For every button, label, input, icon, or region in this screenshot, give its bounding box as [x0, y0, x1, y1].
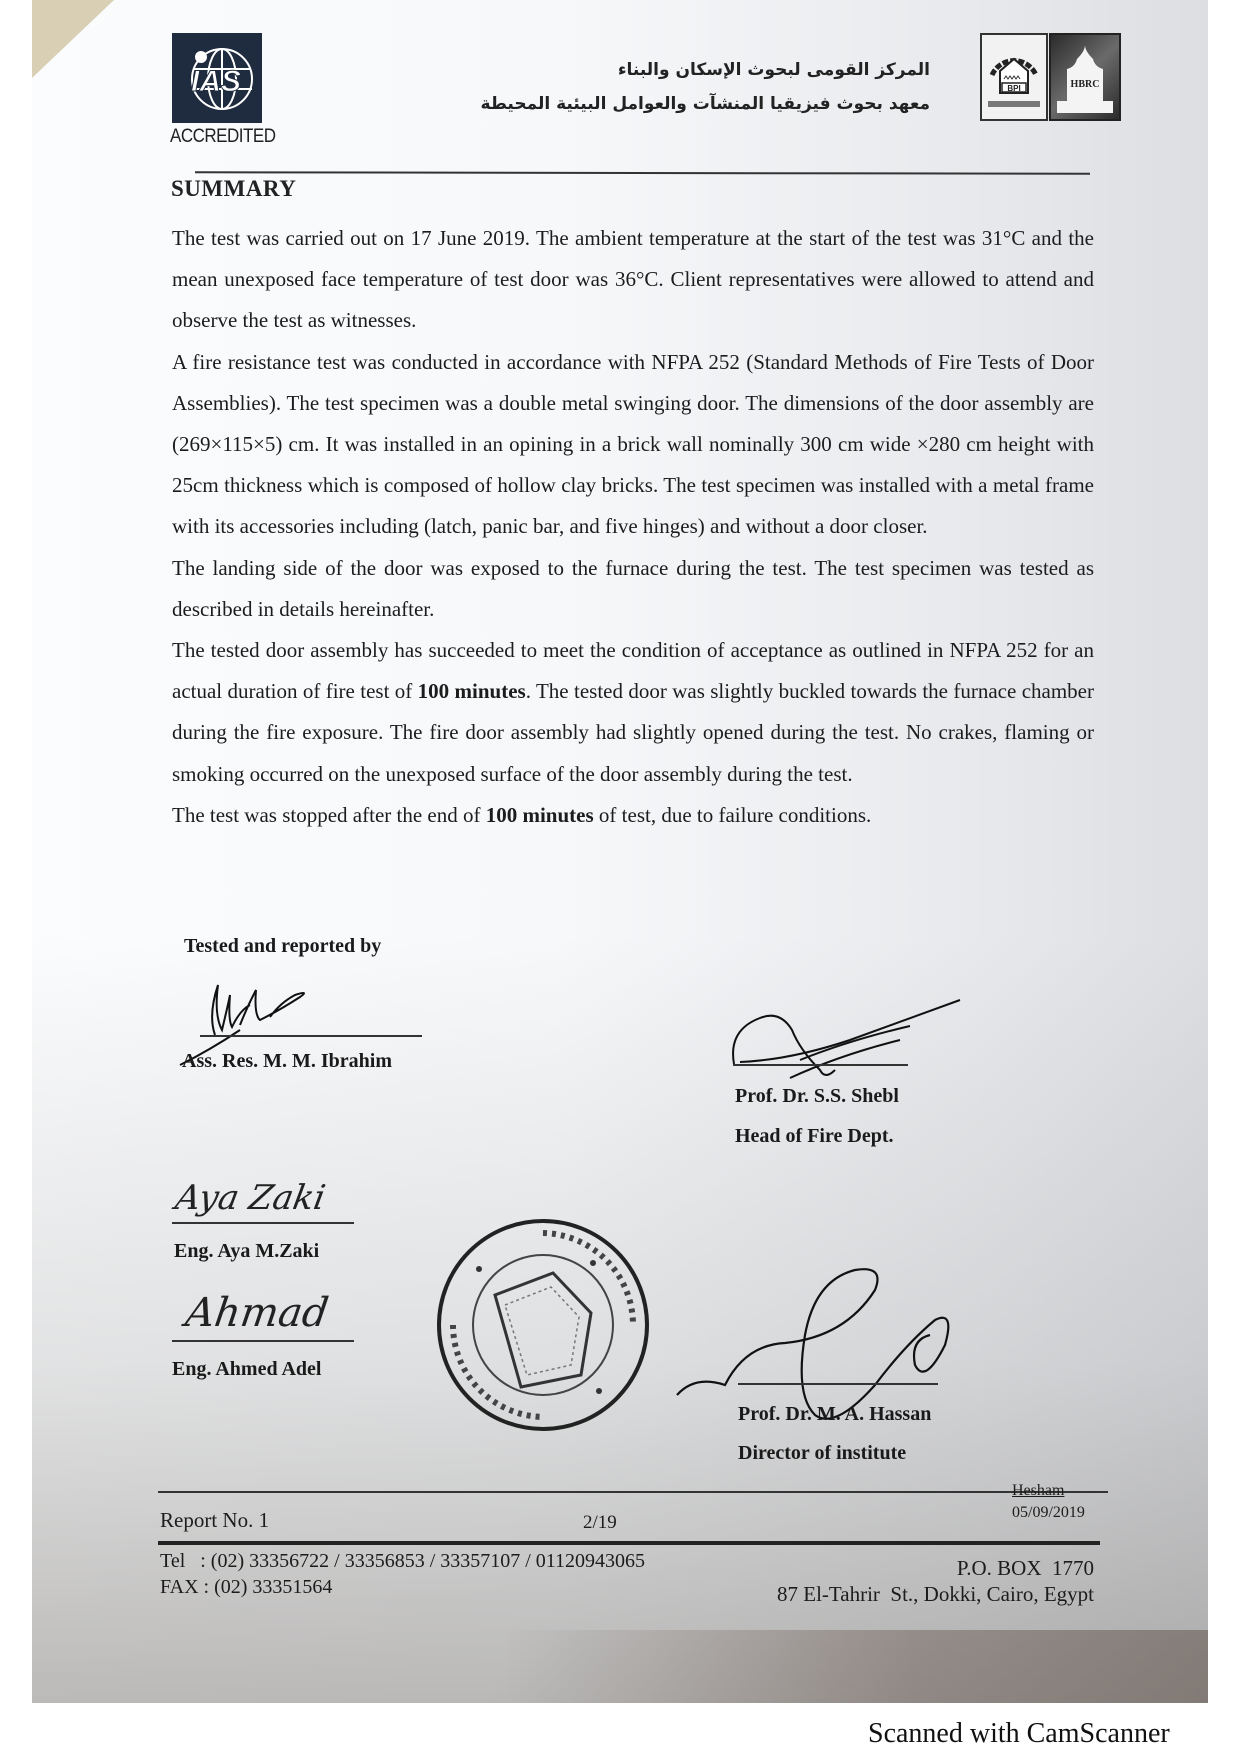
signatory-shebl-title: Head of Fire Dept. [735, 1125, 894, 1148]
footer-divider-bottom [158, 1541, 1100, 1545]
summary-paragraph-result: The tested door assembly has succeeded t… [172, 630, 1094, 795]
signatory-shebl: Prof. Dr. S.S. Shebl [735, 1085, 899, 1108]
page-shadow [32, 1630, 1208, 1703]
summary-paragraph-test-conditions: The test was carried out on 17 June 2019… [172, 218, 1094, 342]
organization-name-arabic: المركز القومى لبحوث الإسكان والبناء [618, 60, 930, 80]
institute-name-arabic: معهد بحوث فيزيقيا المنشآت والعوامل البيئ… [481, 94, 930, 114]
result-duration: 100 minutes [418, 679, 526, 703]
summary-paragraph-exposure: The landing side of the door was exposed… [172, 548, 1094, 630]
signatory-hassan: Prof. Dr. M. A. Hassan [738, 1403, 931, 1426]
signature-zaki: Aya Zaki [172, 1178, 328, 1218]
page-number: 2/19 [583, 1512, 617, 1534]
stop-text-continued: of test, due to failure conditions. [594, 803, 872, 827]
report-date: 05/09/2019 [1012, 1504, 1085, 1522]
accredited-caption: ACCREDITED [170, 125, 266, 148]
signatory-hassan-title: Director of institute [738, 1442, 906, 1465]
camscanner-watermark: Scanned with CamScanner [868, 1718, 1170, 1750]
signature-line-adel [172, 1340, 354, 1342]
summary-body: The test was carried out on 17 June 2019… [172, 218, 1094, 836]
bpi-logo: BPI [980, 33, 1048, 121]
ias-accredited-logo: IAS [172, 33, 262, 123]
signature-line-zaki [172, 1222, 354, 1224]
signature-line-shebl [733, 1064, 908, 1066]
svg-text:BPI: BPI [1007, 84, 1020, 93]
background-table-corner [32, 0, 114, 78]
official-stamp [433, 1215, 653, 1435]
signature-shebl [730, 1000, 960, 1080]
signature-line-hassan [738, 1383, 938, 1385]
hbrc-logo: HBRC [1049, 33, 1121, 121]
signatory-zaki: Eng. Aya M.Zaki [174, 1240, 319, 1263]
initials: Hesham [1012, 1482, 1064, 1500]
summary-heading: SUMMARY [171, 176, 296, 202]
svg-text:IAS: IAS [191, 65, 241, 98]
signatory-adel: Eng. Ahmed Adel [172, 1358, 321, 1381]
tested-by-label: Tested and reported by [184, 935, 381, 958]
footer-divider-top [158, 1491, 1108, 1493]
stop-duration: 100 minutes [486, 803, 594, 827]
telephone-numbers: Tel : (02) 33356722 / 33356853 / 3335710… [160, 1550, 645, 1573]
fax-number: FAX : (02) 33351564 [160, 1576, 332, 1599]
signatory-ibrahim: Ass. Res. M. M. Ibrahim [182, 1050, 392, 1073]
svg-text:HBRC: HBRC [1071, 79, 1100, 90]
address: 87 El-Tahrir St., Dokki, Cairo, Egypt [777, 1582, 1094, 1607]
stop-text: The test was stopped after the end of [172, 803, 486, 827]
summary-paragraph-specimen: A fire resistance test was conducted in … [172, 342, 1094, 548]
report-number: Report No. 1 [160, 1508, 269, 1533]
po-box: P.O. BOX 1770 [957, 1556, 1094, 1581]
summary-paragraph-stop: The test was stopped after the end of 10… [172, 795, 1094, 836]
signature-line-ibrahim [200, 1035, 422, 1037]
signature-adel: Ahmad [183, 1290, 331, 1336]
